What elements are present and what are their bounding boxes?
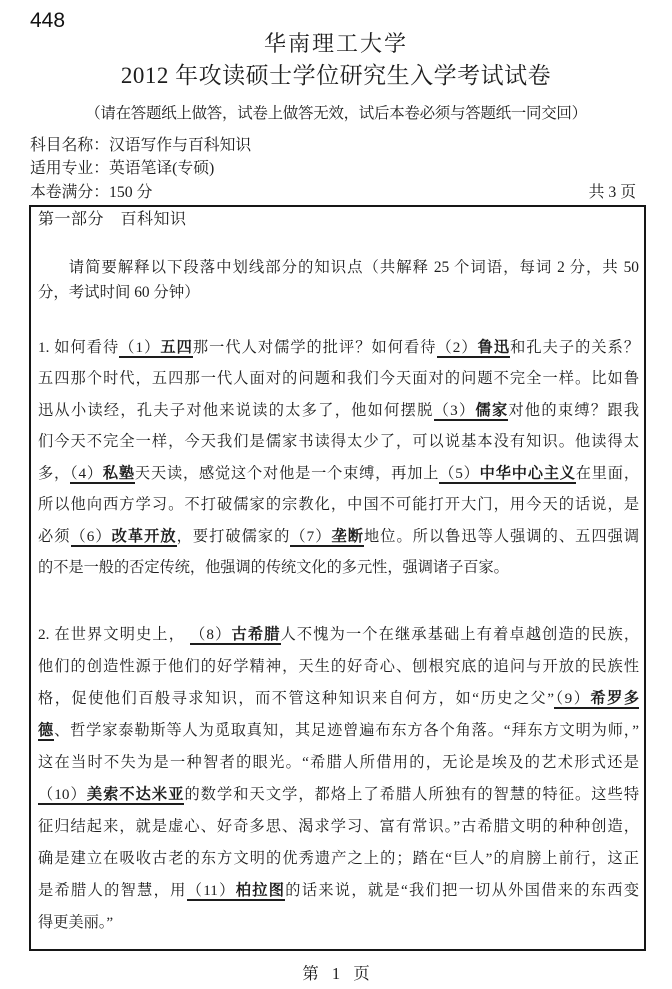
paragraph-2: 2. 在世界文明史上， （8）古希腊人不愧为一个在继承基础上有着卓越创造的民族，… [38, 619, 639, 939]
text-line: 这在当时不失为是一种智者的眼光。“希腊人所借用的，无论是埃及的艺术形式还是 [38, 747, 639, 779]
university-name: 华南理工大学 [0, 0, 672, 57]
text-line: 多，（4）私塾天天读，感觉这个对他是一个束缚，再加上（5）中华中心主义在里面， [38, 458, 639, 490]
underlined-term-number: （2） [437, 339, 478, 358]
text-run: 必须 [38, 528, 71, 545]
underlined-term-number: （5） [439, 465, 479, 484]
full-score-label: 本卷满分：150 分 [30, 184, 152, 201]
text-run: ，要打破儒家的 [177, 528, 291, 545]
underlined-term-keyword: 改革开放 [112, 528, 177, 547]
paragraph-1: 1. 如何看待（1）五四那一代人对儒学的批评？如何看待（2）鲁迅和孔夫子的关系？… [38, 332, 639, 584]
text-run: 地位。所以鲁迅等人强调的、五四强调 [364, 528, 639, 545]
page-number-footer: 第 1 页 [0, 960, 672, 984]
text-line: 所以他向西方学习。不打破儒家的宗教化，中国不可能打开大门，用今天的话说，是 [38, 489, 639, 521]
text-line: 的不是一般的否定传统，他强调的传统文化的多元性，强调诸子百家。 [38, 552, 639, 584]
subject-name-row: 科目名称：汉语写作与百科知识 [30, 134, 636, 157]
total-pages-label: 共 3 页 [589, 181, 636, 204]
text-run: 人不愧为一个在继承基础上有着卓越创造的民族， [281, 626, 639, 643]
text-run: 、哲学家泰勒斯等人为觅取真知，其足迹曾遍布东方各个角落。“拜东方文明为师，” [54, 722, 639, 739]
text-line: 1. 如何看待（1）五四那一代人对儒学的批评？如何看待（2）鲁迅和孔夫子的关系？ [38, 332, 639, 364]
underlined-term-keyword: 美索不达米亚 [87, 786, 185, 805]
text-line: 征归结起来，就是虚心、好奇多思、渴求学习、富有常识。”古希腊文明的种种创造， [38, 811, 639, 843]
text-run: 所以他向西方学习。不打破儒家的宗教化，中国不可能打开大门，用今天的话说，是 [38, 496, 639, 513]
text-run: 那一代人对儒学的批评？如何看待 [193, 339, 437, 356]
text-run: 征归结起来，就是虚心、好奇多思、渴求学习、富有常识。”古希腊文明的种种创造， [38, 818, 639, 835]
text-run: 对他的束缚？跟我 [508, 402, 639, 419]
text-line: （10）美索不达米亚的数学和天文学，都烙上了希腊人所独有的智慧的特征。这些特 [38, 779, 639, 811]
underlined-term-keyword: 儒家 [475, 402, 508, 421]
scanned-exam-page: { "colors": { "ink": "#1d1d1d", "paper":… [0, 0, 672, 989]
underlined-term-keyword: 中华中心主义 [480, 465, 576, 484]
text-line: 2. 在世界文明史上， （8）古希腊人不愧为一个在继承基础上有着卓越创造的民族， [38, 619, 639, 651]
text-run: 的话来说，就是“我们把一切从外国借来的东西变 [285, 882, 639, 899]
underlined-term-number: （3） [434, 402, 476, 421]
text-line: 迅从小读经，孔夫子对他来说读的太多了，他如何摆脱（3）儒家对他的束缚？跟我 [38, 395, 639, 427]
underlined-term-keyword: 希罗多 [590, 690, 639, 709]
text-run: 多， [38, 465, 70, 482]
underlined-term-number: （8） [190, 626, 231, 645]
text-run: 2. 在世界文明史上， [38, 626, 190, 643]
exam-meta: 科目名称：汉语写作与百科知识 适用专业：英语笔译(专硕) 共 3 页 本卷满分：… [30, 134, 636, 204]
underlined-term-keyword: 垄断 [331, 528, 364, 547]
text-line: 分，考试时间 60 分钟） [38, 280, 639, 306]
underlined-term-number: （1） [119, 339, 160, 358]
document-number: 448 [30, 9, 65, 33]
answer-sheet-notice: （请在答题纸上做答，试卷上做答无效，试后本卷必须与答题纸一同交回） [0, 104, 672, 124]
text-run: 这在当时不失为是一种智者的眼光。“希腊人所借用的，无论是埃及的艺术形式还是 [38, 754, 639, 771]
text-run: 他们的创造性源于他们的好学精神，天生的好奇心、刨根究底的追问与开放的民族性 [38, 658, 639, 675]
text-line: 得更美丽。” [38, 907, 639, 939]
text-line: 格，促使他们百般寻求知识，而不管这种知识来自何方，如“历史之父”（9）希罗多 [38, 683, 639, 715]
text-run: 分，考试时间 60 分钟） [38, 284, 200, 301]
text-run: 迅从小读经，孔夫子对他来说读的太多了，他如何摆脱 [38, 402, 434, 419]
text-line: 确是建立在吸收古老的东方文明的优秀遗产之上的；踏在“巨人”的肩膀上前行，这正 [38, 843, 639, 875]
text-run: 的数学和天文学，都烙上了希腊人所独有的智慧的特征。这些特 [184, 786, 639, 803]
text-line: 德、哲学家泰勒斯等人为觅取真知，其足迹曾遍布东方各个角落。“拜东方文明为师，” [38, 715, 639, 747]
underlined-term-keyword: 古希腊 [232, 626, 281, 645]
underlined-term-keyword: 私塾 [103, 465, 135, 484]
section-title: 第一部分 百科知识 [38, 209, 639, 231]
underlined-term-keyword: 鲁迅 [478, 339, 511, 358]
text-run: 天天读，感觉这个对他是一个束缚，再加上 [135, 465, 439, 482]
text-run: 得更美丽。” [38, 914, 113, 931]
text-run: 确是建立在吸收古老的东方文明的优秀遗产之上的；踏在“巨人”的肩膀上前行，这正 [38, 850, 639, 867]
text-line: 请简要解释以下段落中划线部分的知识点（共解释 25 个词语，每词 2 分，共 5… [38, 255, 639, 281]
full-score-row: 共 3 页 本卷满分：150 分 [30, 181, 636, 204]
text-line: 们今天不完全一样，今天我们是儒家书读得太少了，可以说基本没有知识。他读得太 [38, 426, 639, 458]
text-run: 格，促使他们百般寻求知识，而不管这种知识来自何方，如“历史之父” [38, 690, 554, 707]
text-line: 必须（6）改革开放，要打破儒家的（7）垄断地位。所以鲁迅等人强调的、五四强调 [38, 521, 639, 553]
underlined-term-number: （9） [554, 690, 590, 709]
text-line: 五四那个时代，五四那一代人面对的问题和我们今天面对的问题不完全一样。比如鲁 [38, 363, 639, 395]
exam-title: 2012 年攻读硕士学位研究生入学考试试卷 [0, 62, 672, 90]
text-run: 请简要解释以下段落中划线部分的知识点（共解释 25 个词语，每词 2 分，共 5… [69, 259, 639, 276]
text-run: 们今天不完全一样，今天我们是儒家书读得太少了，可以说基本没有知识。他读得太 [38, 433, 639, 450]
underlined-term-keyword: 德 [38, 722, 54, 741]
underlined-term-number: （4） [70, 465, 103, 484]
underlined-term-number: （10） [38, 786, 87, 805]
underlined-term-number: （11） [187, 882, 236, 901]
underlined-term-keyword: 五四 [160, 339, 193, 358]
text-run: 1. 如何看待 [38, 339, 119, 356]
text-run: 五四那个时代，五四那一代人面对的问题和我们今天面对的问题不完全一样。比如鲁 [38, 370, 639, 387]
text-run: 是希腊人的智慧，用 [38, 882, 187, 899]
underlined-term-number: （6） [71, 528, 112, 547]
text-line: 是希腊人的智慧，用（11）柏拉图的话来说，就是“我们把一切从外国借来的东西变 [38, 875, 639, 907]
underlined-term-number: （7） [290, 528, 331, 547]
exam-content-box: 第一部分 百科知识 请简要解释以下段落中划线部分的知识点（共解释 25 个词语，… [29, 205, 646, 951]
text-run: 和孔夫子的关系？ [510, 339, 639, 356]
text-line: 他们的创造性源于他们的好学精神，天生的好奇心、刨根究底的追问与开放的民族性 [38, 651, 639, 683]
instruction-paragraph: 请简要解释以下段落中划线部分的知识点（共解释 25 个词语，每词 2 分，共 5… [38, 255, 639, 306]
applicable-major-row: 适用专业：英语笔译(专硕) [30, 157, 636, 180]
underlined-term-keyword: 柏拉图 [236, 882, 286, 901]
text-run: 在里面， [576, 465, 639, 482]
text-run: 的不是一般的否定传统，他强调的传统文化的多元性，强调诸子百家。 [38, 559, 509, 576]
